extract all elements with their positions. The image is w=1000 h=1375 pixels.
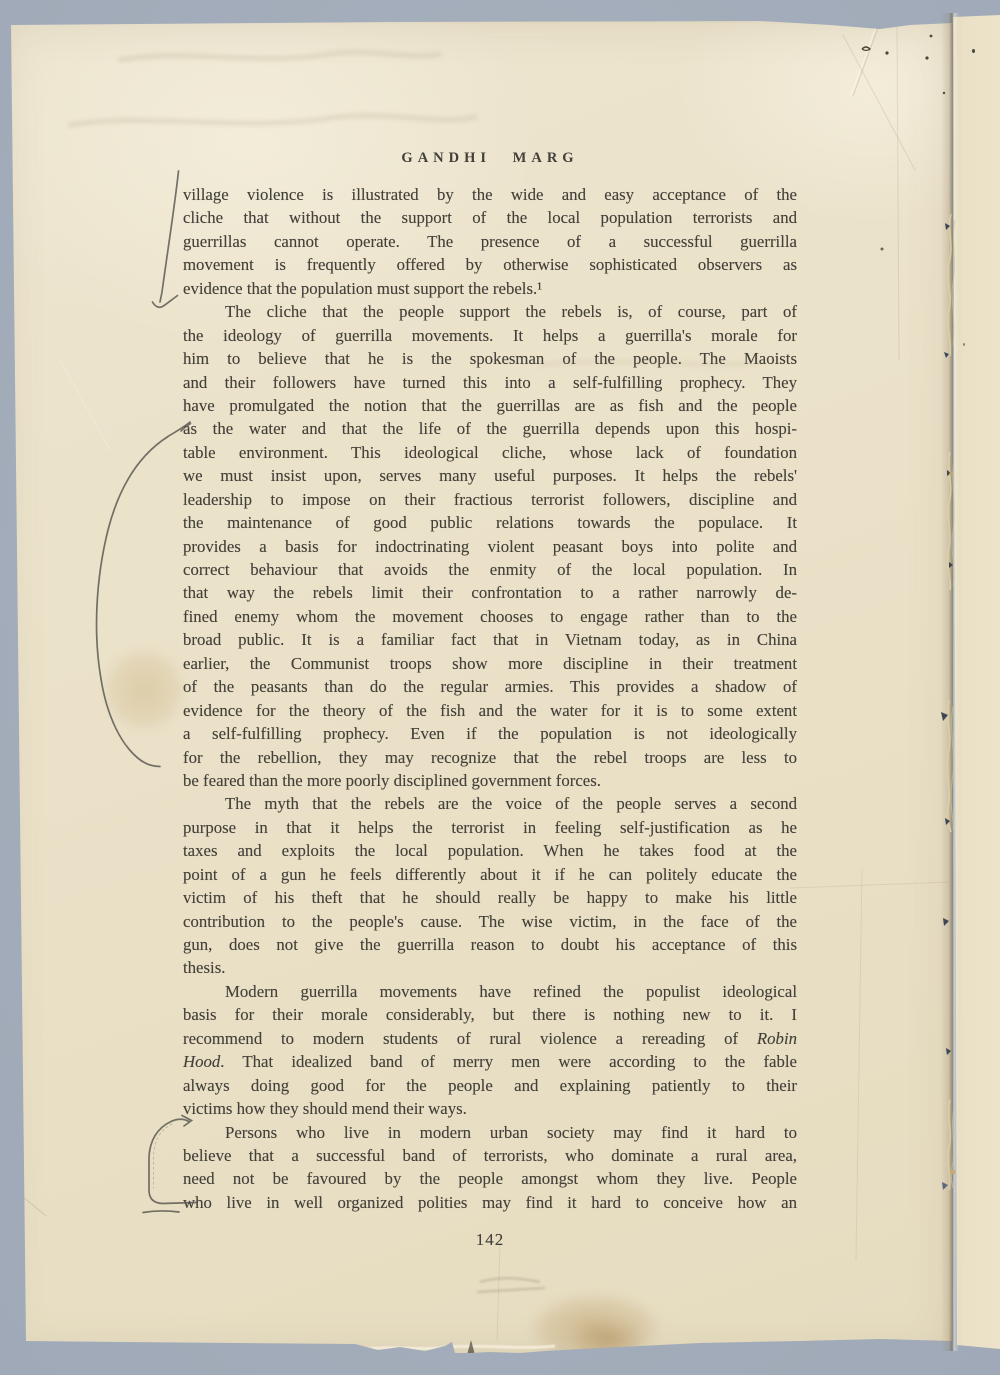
stain [103,648,185,732]
adjacent-page-edge [950,13,1000,1351]
stain [531,1294,659,1364]
text-line: for the rebellion, they may recognize th… [183,746,797,769]
text-line: always doing good for the people and exp… [183,1074,797,1097]
dust-specks [862,35,945,251]
text-line: and their followers have turned this int… [183,371,797,394]
text-line: a self-fulfilling prophecy. Even if the … [183,722,797,745]
text-line: we must insist upon, serves many useful … [183,464,797,487]
dust-speck [963,343,965,346]
text-line: the ideology of guerrilla movements. It … [183,324,797,347]
text-line: need not be favoured by the people among… [183,1167,797,1190]
italic-text: Robin [757,1029,797,1048]
text-line: be feared than the more poorly disciplin… [183,769,797,792]
text-line: believe that a successful band of terror… [183,1144,797,1167]
text-line: thesis. [183,956,797,979]
text-line: Persons who live in modern urban society… [183,1121,797,1144]
page-number: 142 [183,1230,797,1250]
book-page: GANDHI MARG village violence is illustra… [0,20,952,1356]
text-line: Hood. That idealized band of merry men w… [183,1050,797,1073]
text-segment: recommend to modern students of rural vi… [183,1029,757,1048]
text-line: guerrillas cannot operate. The presence … [183,230,797,253]
stain [570,1320,646,1360]
text-line: gun, does not give the guerrilla reason … [183,933,797,956]
text-line: The myth that the rebels are the voice o… [183,792,797,815]
text-line: taxes and exploits the local population.… [183,839,797,862]
text-line: contribution to the people's cause. The … [183,910,797,933]
torn-edge-fibers [355,1346,555,1350]
body-paragraphs: village violence is illustrated by the w… [183,183,797,1214]
text-line: purpose in that it helps the terrorist i… [183,816,797,839]
text-line: point of a gun he feels differently abou… [183,863,797,886]
text-line: correct behaviour that avoids the enmity… [183,558,797,581]
dust-speck [972,49,975,53]
text-line: of the peasants than do the regular armi… [183,675,797,698]
text-line: broad public. It is a familiar fact that… [183,628,797,651]
running-head: GANDHI MARG [183,150,797,167]
text-line: earlier, the Communist troops show more … [183,652,797,675]
text-line: who live in well organized polities may … [183,1191,797,1214]
text-line: evidence that the population must suppor… [183,277,797,300]
text-line: fined enemy whom the movement chooses to… [183,605,797,628]
italic-text: Hood [183,1052,220,1071]
text-line: victims how they should mend their ways. [183,1097,797,1120]
text-line: The cliche that the people support the r… [183,300,797,323]
text-line: as the water and that the life of the gu… [183,417,797,440]
text-segment: . That idealized band of merry men were … [220,1052,797,1071]
text-line: that way the rebels limit their confront… [183,581,797,604]
text-line: leadership to impose on their fractious … [183,488,797,511]
text-column: village violence is illustrated by the w… [183,183,797,1250]
text-line: the maintenance of good public relations… [183,511,797,534]
text-line: recommend to modern students of rural vi… [183,1027,797,1050]
text-line: provides a basis for indoctrinating viol… [183,535,797,558]
text-line: village violence is illustrated by the w… [183,183,797,206]
text-line: movement is frequently offered by otherw… [183,253,797,276]
text-line: have promulgated the notion that the gue… [183,394,797,417]
text-line: cliche that without the support of the l… [183,206,797,229]
text-line: victim of his theft that he should reall… [183,886,797,909]
tear-slit [468,1340,475,1353]
text-line: him to believe that he is the spokesman … [183,347,797,370]
scan-background: GANDHI MARG village violence is illustra… [0,0,1000,1375]
pencil-smudge [477,1278,545,1292]
text-line: evidence for the theory of the fish and … [183,699,797,722]
text-line: Modern guerrilla movements have refined … [183,980,797,1003]
text-line: table environment. This ideological clic… [183,441,797,464]
text-line: basis for their morale considerably, but… [183,1003,797,1026]
